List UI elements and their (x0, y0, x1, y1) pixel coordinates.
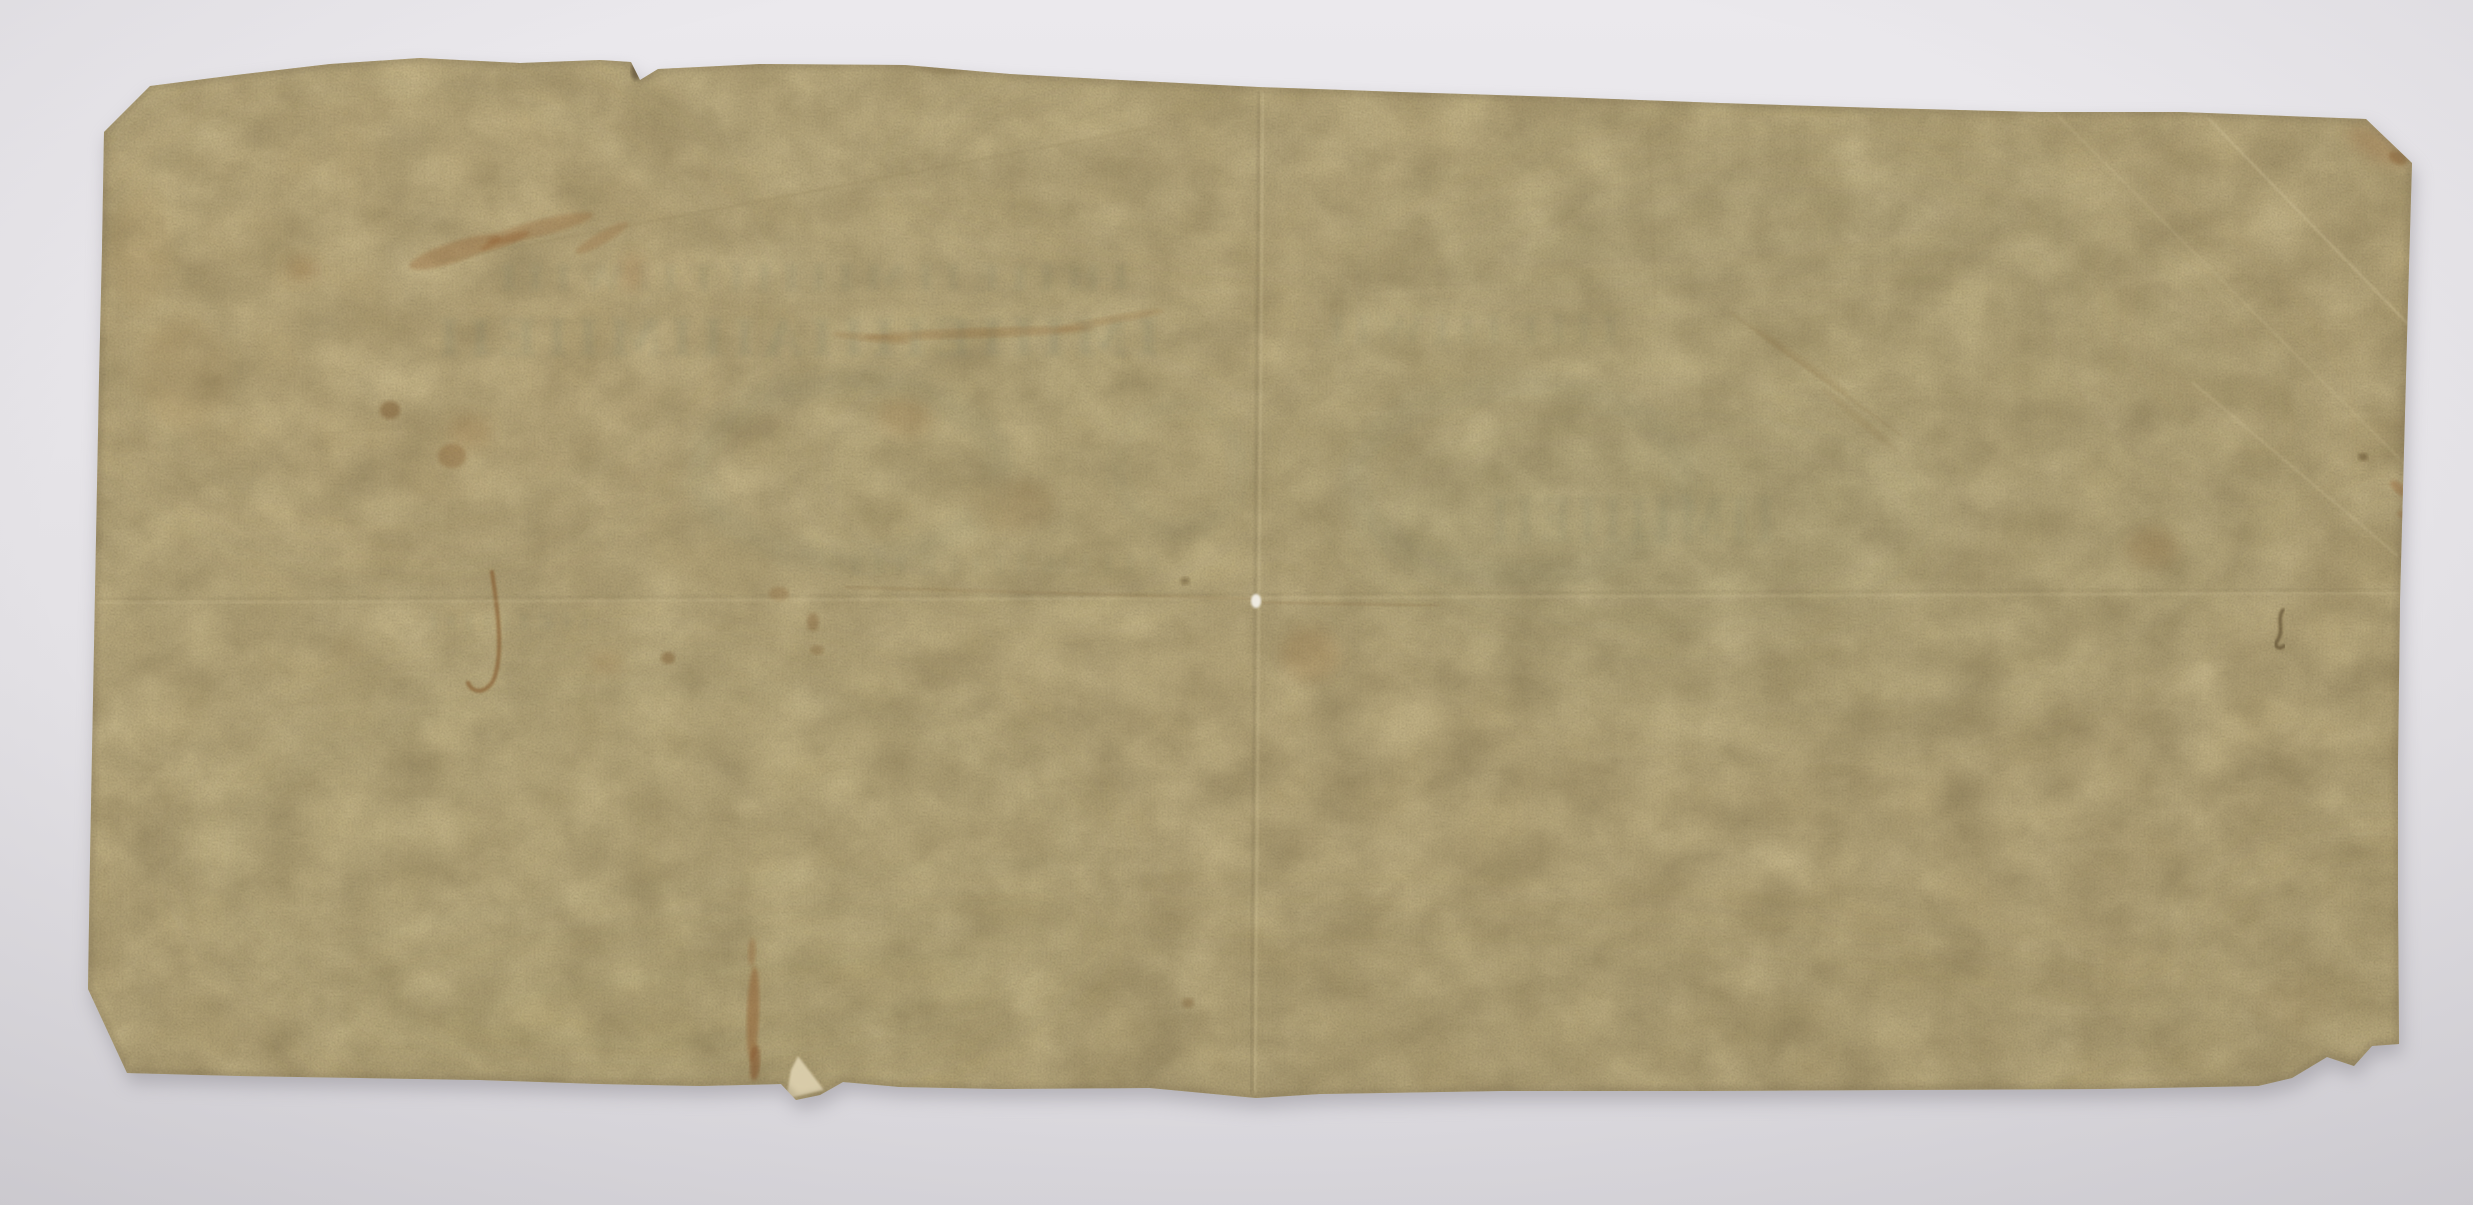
banknote-photo-figure: Reverse (back) of a heavily worn, aged 1… (0, 0, 2473, 1205)
svg-text:IMIIIEIIIIAIIIMIIEII: IMIIIEIIIIAIIIMIIEII (430, 308, 1160, 368)
svg-text:IIIEIIIWII: IIIEIIIWII (1320, 308, 1620, 354)
svg-text:IHIIEIIMIIIIITIIWIII: IHIIEIIMIIIIITIIWIII (490, 259, 1130, 299)
paper-grain-layer (80, 50, 2420, 1112)
banknote-surface: IHIIEIIMIIIIITIIWIIIIMIIIEIIIIAIIIMIIEII… (40, 30, 2473, 1170)
svg-text:IIEIIIIII: IIEIIIIII (420, 610, 590, 634)
pinhole (1251, 594, 1261, 608)
photo-stage: Reverse (back) of a heavily worn, aged 1… (0, 0, 2473, 1205)
banknote-photo: IHIIEIIMIIIIITIIWIIIIMIIIEIIIIAIIIMIIEII… (0, 0, 2473, 1205)
